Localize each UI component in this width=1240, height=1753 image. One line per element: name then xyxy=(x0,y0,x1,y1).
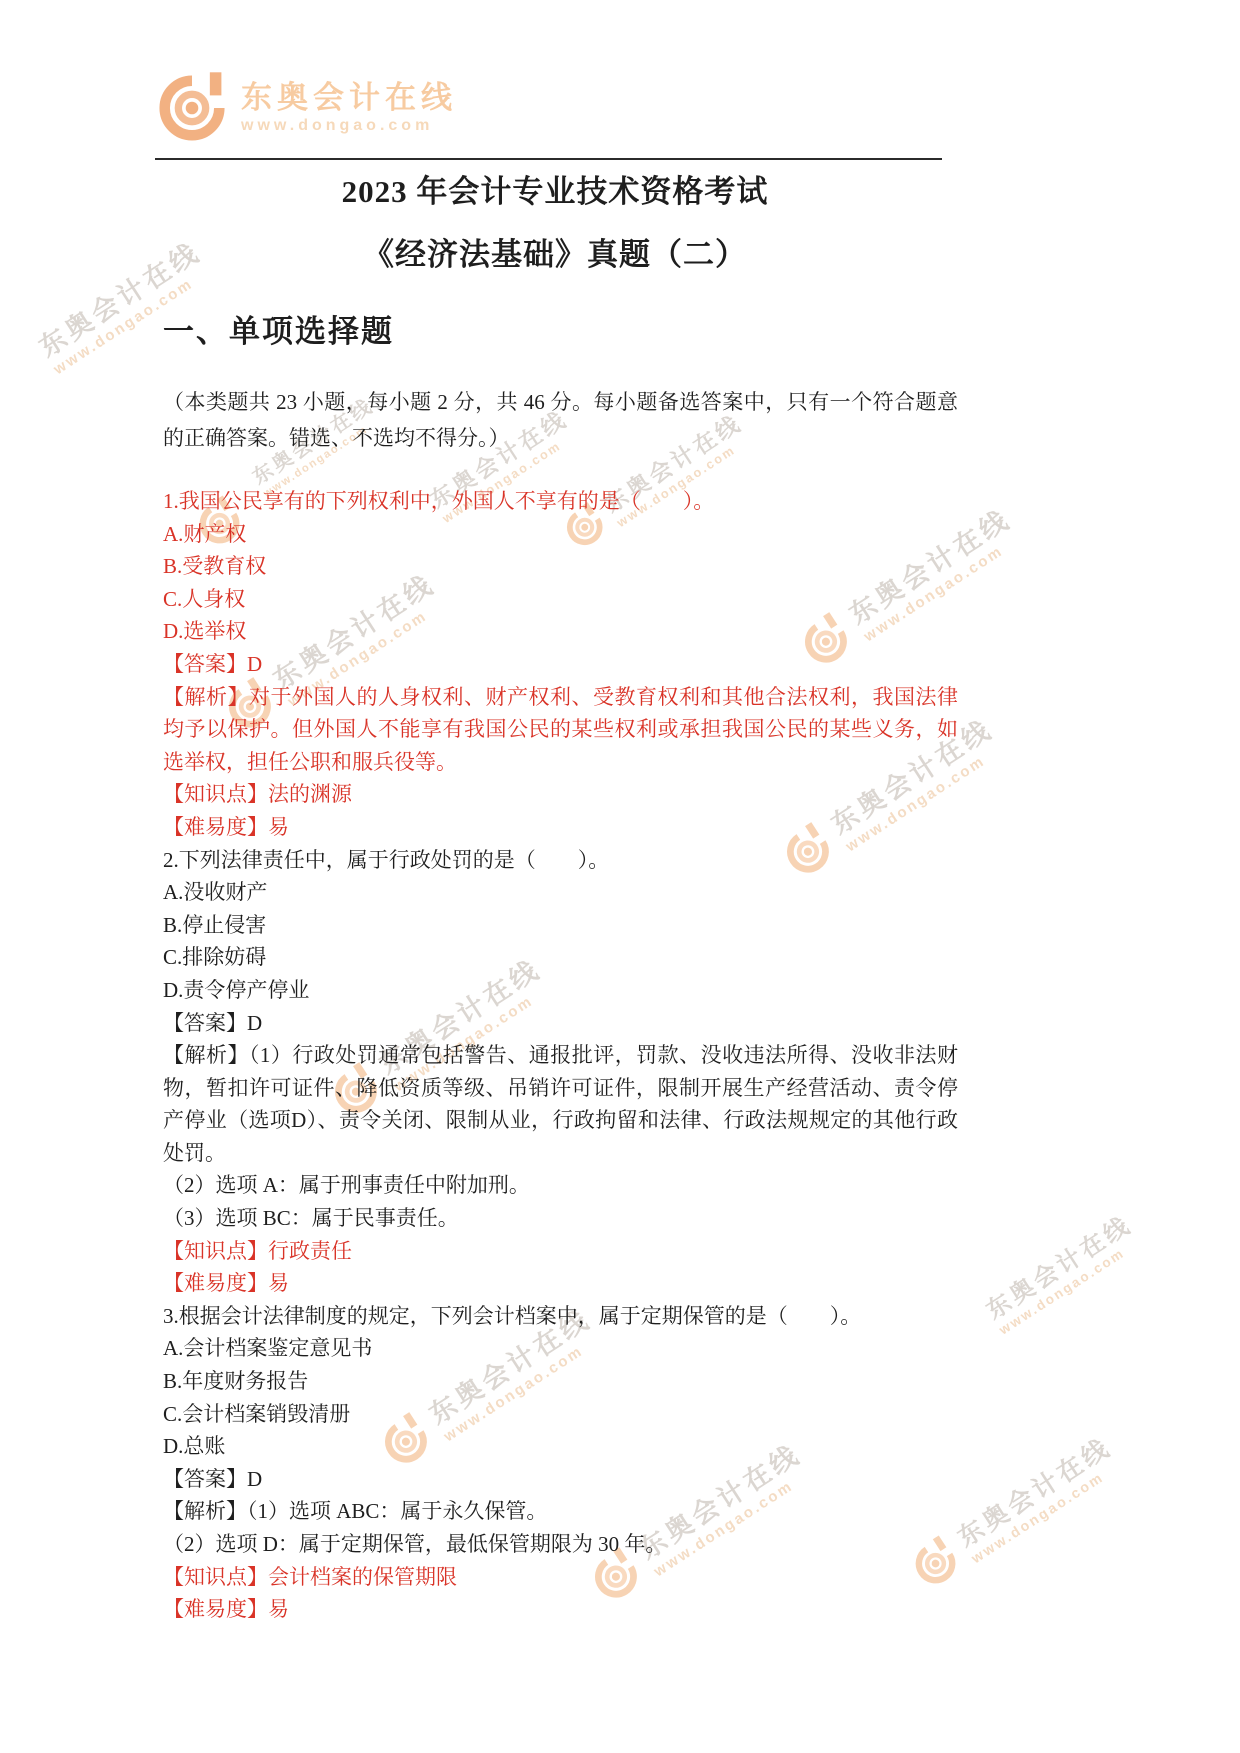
question-block: 1.我国公民享有的下列权利中，外国人不享有的是（ ）。A.财产权B.受教育权C.… xyxy=(163,485,958,844)
watermark-url: www.dongao.com xyxy=(997,1234,1146,1338)
brand-url: www.dongao.com xyxy=(241,117,457,135)
question-option: D.总账 xyxy=(163,1430,958,1463)
question-option: C.会计档案销毁清册 xyxy=(163,1398,958,1431)
question-block: 2.下列法律责任中，属于行政处罚的是（ ）。A.没收财产B.停止侵害C.排除妨碍… xyxy=(163,844,958,1300)
doc-subtitle: 《经济法基础》真题（二） xyxy=(155,229,955,274)
watermark-text: 东奥会计在线www.dongao.com xyxy=(952,1432,1125,1567)
knowledge-point-line: 【知识点】法的渊源 xyxy=(163,778,958,811)
analysis-paragraph: 【解析】对于外国人的人身权利、财产权利、受教育权利和其他合法权利，我国法律均予以… xyxy=(163,681,958,779)
question-stem: 1.我国公民享有的下列权利中，外国人不享有的是（ ）。 xyxy=(163,485,958,518)
question-option: A.会计档案鉴定意见书 xyxy=(163,1332,958,1365)
question-option: D.责令停产停业 xyxy=(163,974,958,1007)
watermark-url: www.dongao.com xyxy=(968,1457,1125,1567)
brand-name: 东奥会计在线 xyxy=(241,81,457,115)
analysis-paragraph: 【解析】（1）选项 ABC：属于永久保管。 xyxy=(163,1495,958,1528)
analysis-paragraph: （3）选项 BC：属于民事责任。 xyxy=(163,1202,958,1235)
question-option: B.年度财务报告 xyxy=(163,1365,958,1398)
analysis-paragraph: （2）选项 A：属于刑事责任中附加刑。 xyxy=(163,1169,958,1202)
answer-line: 【答案】D xyxy=(163,648,958,681)
section-intro: （本类题共 23 小题，每小题 2 分，共 46 分。每小题备选答案中，只有一个… xyxy=(163,384,958,456)
question-option: A.没收财产 xyxy=(163,876,958,909)
doc-title: 2023 年会计专业技术资格考试 xyxy=(155,166,955,211)
question-option: D.选举权 xyxy=(163,615,958,648)
watermark-brand: 东奥会计在线 xyxy=(952,1432,1116,1553)
analysis-paragraph: （2）选项 D：属于定期保管，最低保管期限为 30 年。 xyxy=(163,1528,958,1561)
question-stem: 3.根据会计法律制度的规定，下列会计档案中，属于定期保管的是（ ）。 xyxy=(163,1300,958,1333)
difficulty-line: 【难易度】易 xyxy=(163,1267,958,1300)
question-option: C.人身权 xyxy=(163,583,958,616)
content-area: （本类题共 23 小题，每小题 2 分，共 46 分。每小题备选答案中，只有一个… xyxy=(163,384,958,1626)
knowledge-point-line: 【知识点】行政责任 xyxy=(163,1235,958,1268)
question-option: C.排除妨碍 xyxy=(163,941,958,974)
header-divider xyxy=(155,158,942,160)
question-stem: 2.下列法律责任中，属于行政处罚的是（ ）。 xyxy=(163,844,958,877)
brand-text-block: 东奥会计在线 www.dongao.com xyxy=(241,81,457,135)
question-list: 1.我国公民享有的下列权利中，外国人不享有的是（ ）。A.财产权B.受教育权C.… xyxy=(163,485,958,1626)
analysis-paragraph: 【解析】（1）行政处罚通常包括警告、通报批评，罚款、没收违法所得、没收非法财物，… xyxy=(163,1039,958,1169)
watermark-brand: 东奥会计在线 xyxy=(981,1211,1137,1326)
site-header: 东奥会计在线 www.dongao.com xyxy=(155,66,457,150)
knowledge-point-line: 【知识点】会计档案的保管期限 xyxy=(163,1561,958,1594)
question-option: A.财产权 xyxy=(163,518,958,551)
question-option: B.受教育权 xyxy=(163,550,958,583)
question-option: B.停止侵害 xyxy=(163,909,958,942)
question-block: 3.根据会计法律制度的规定，下列会计档案中，属于定期保管的是（ ）。A.会计档案… xyxy=(163,1300,958,1626)
watermark-text: 东奥会计在线www.dongao.com xyxy=(981,1211,1145,1339)
document-page: 东奥会计在线www.dongao.com东奥会计在线www.dongao.com… xyxy=(0,0,1240,1753)
difficulty-line: 【难易度】易 xyxy=(163,811,958,844)
section-heading: 一、单项选择题 xyxy=(163,306,394,351)
watermark: 东奥会计在线www.dongao.com xyxy=(981,1211,1145,1339)
answer-line: 【答案】D xyxy=(163,1007,958,1040)
dongao-logo-icon xyxy=(155,66,229,150)
difficulty-line: 【难易度】易 xyxy=(163,1593,958,1626)
answer-line: 【答案】D xyxy=(163,1463,958,1496)
